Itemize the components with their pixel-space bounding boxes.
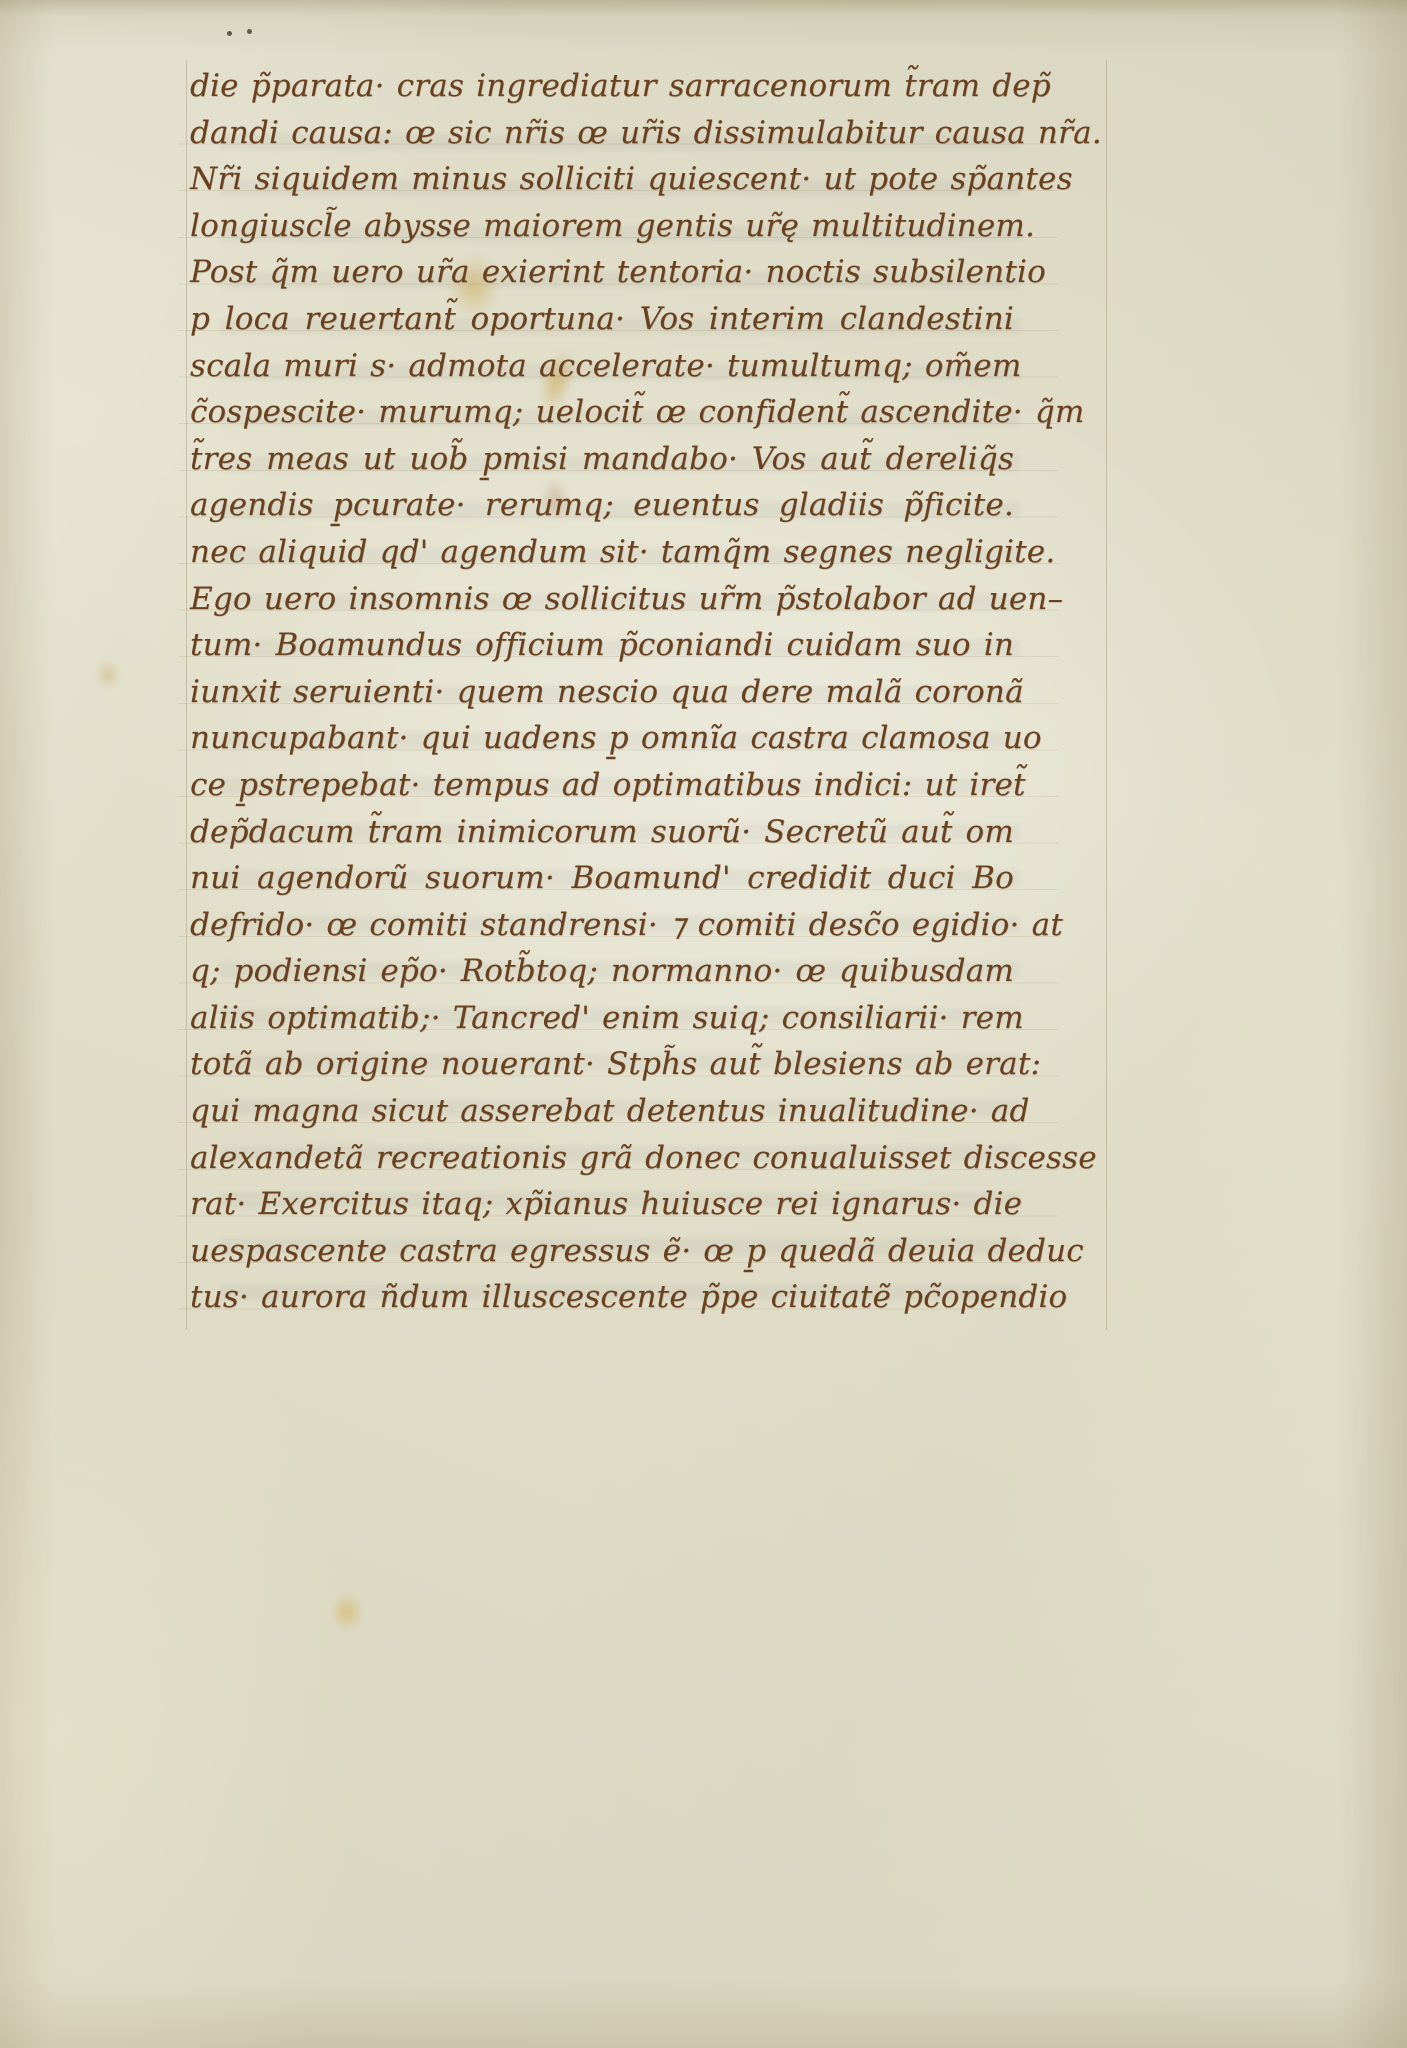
text-line: dandi causa: œ sic nr̃is œ ur̃is dissimu… [190, 110, 1014, 157]
text-line: longiuscl̃e abysse maiorem gentis ur̃ę m… [190, 203, 1014, 250]
text-line: aliis optimatib;· Tancred' enim suiq; co… [190, 995, 1014, 1042]
text-line: uespascente castra egressus ẽ· œ p̱ qued… [190, 1228, 1014, 1275]
text-line: Post q̃m uero ur̃a exierint tentoria· no… [190, 249, 1014, 296]
text-line: qui magna sicut asserebat detentus inual… [190, 1088, 1014, 1135]
text-line: Ego uero insomnis œ sollicitus ur̃m p̃st… [190, 576, 1014, 623]
manuscript-page: die p̃parata· cras ingrediatur sarraceno… [0, 0, 1407, 2048]
text-line: alexandetã recreationis grã donec conual… [190, 1135, 1014, 1182]
text-line: t̃res meas ut uob̃ p̱misi mandabo· Vos a… [190, 436, 1014, 483]
text-line: nuncupabant· qui uadens p̱ omnĩa castra … [190, 715, 1014, 762]
text-line: tus· aurora ñdum illuscescente p̃pe ciui… [190, 1274, 1014, 1321]
right-margin-ruling [1106, 60, 1107, 1330]
text-line: c̃ospescite· murumq; uelocit̃ œ confiden… [190, 389, 1014, 436]
text-line: iunxit seruienti· quem nescio qua dere m… [190, 669, 1014, 716]
prick-mark [227, 31, 232, 36]
text-line: nec aliquid qd' agendum sit· tamq̃m segn… [190, 529, 1014, 576]
text-line: tum· Boamundus officium p̃coniandi cuida… [190, 622, 1014, 669]
prick-mark [247, 29, 252, 34]
parchment-stain [330, 1592, 364, 1632]
text-line: die p̃parata· cras ingrediatur sarraceno… [190, 63, 1014, 110]
text-line: q; podiensi ep̃o· Rotb̃toq; normanno· œ … [190, 948, 1014, 995]
text-line: totã ab origine nouerant· Stph̃s aut̃ bl… [190, 1041, 1014, 1088]
text-line: agendis p̱curate· rerumq; euentus gladii… [190, 482, 1014, 529]
text-line: dep̃dacum t̃ram inimicorum suorũ· Secret… [190, 809, 1014, 856]
text-line: p loca reuertant̃ oportuna· Vos interim … [190, 296, 1014, 343]
text-line: defrido· œ comiti standrensi· ⁊ comiti d… [190, 902, 1014, 949]
text-line: scala muri s· admota accelerate· tumultu… [190, 343, 1014, 390]
text-line: nui agendorũ suorum· Boamund' credidit d… [190, 855, 1014, 902]
text-line: rat· Exercitus itaq; xp̃ianus huiusce re… [190, 1181, 1014, 1228]
left-margin-ruling [186, 60, 187, 1330]
text-line: ce p̱strepebat· tempus ad optimatibus in… [190, 762, 1014, 809]
parchment-stain [95, 660, 121, 690]
text-line: Nr̃i siquidem minus solliciti quiescent·… [190, 156, 1014, 203]
text-block: die p̃parata· cras ingrediatur sarraceno… [190, 63, 1014, 1321]
